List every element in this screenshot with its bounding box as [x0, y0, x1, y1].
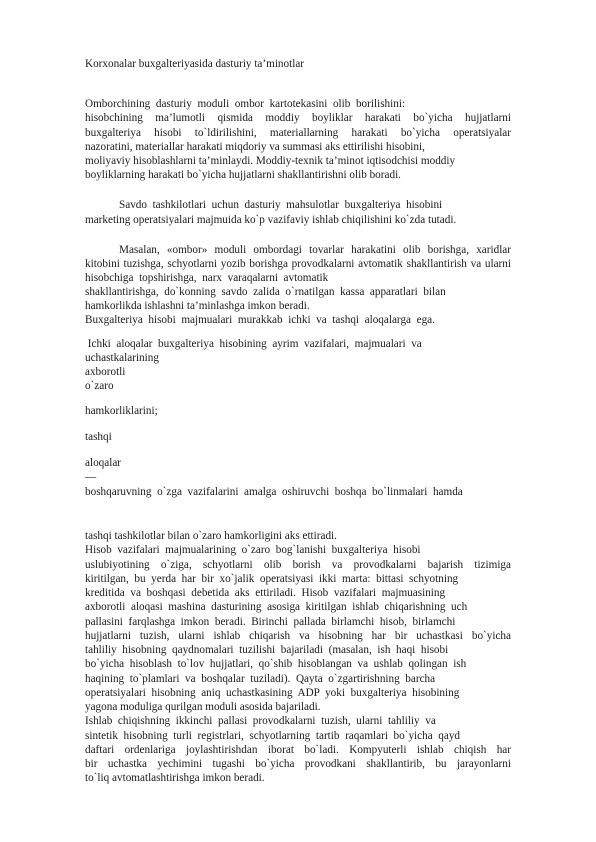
text-line: to`liq avtomatlashtirishga imkon beradi.	[85, 772, 265, 785]
text-line: nazoratini, materiallar harakati miqdori…	[85, 141, 425, 154]
text-line: kiritilgan, bu yerda har bir xo`jalik op…	[85, 573, 458, 586]
text-line: kitobini tuzishga, schyotlarni yozib bor…	[85, 258, 511, 271]
text-line: uchastkalarining	[85, 352, 159, 365]
text-line: operatsiyalari hisobning aniq uchastkasi…	[85, 687, 459, 700]
text-line: Omborchining dasturiy moduli ombor karto…	[85, 98, 405, 111]
text-line: haqining to`plamlari va boshqalar tuzila…	[85, 673, 435, 686]
text-line: Masalan, «ombor» moduli ombordagi tovarl…	[119, 244, 511, 257]
text-line: yagona moduliga qurilgan moduli asosida …	[85, 701, 321, 714]
text-line: Ishlab chiqishning ikkinchi pallasi prov…	[85, 715, 436, 728]
text-line: boyliklarning harakati bo`yicha hujjatla…	[85, 169, 401, 182]
text-line: bir uchastka yechimini tugashi bo`yicha …	[85, 758, 511, 771]
text-line: daftari ordenlariga joylashtirishdan ibo…	[85, 744, 511, 757]
text-line: boshqaruvning o`zga vazifalarini amalga …	[85, 486, 463, 499]
text-line: o`zaro	[85, 380, 114, 393]
text-line: hisobchining ma’lumotli qismida moddiy b…	[85, 112, 511, 125]
text-line: aloqalar	[85, 457, 121, 470]
text-line: pallasini farqlashga imkon beradi. Birin…	[85, 616, 455, 629]
text-line: hisobchiga topshirishga, narx varaqalarn…	[85, 272, 328, 285]
text-line: —	[85, 471, 96, 484]
text-line: axborotli aloqasi mashina dasturining as…	[85, 601, 467, 614]
text-line: tashqi	[85, 431, 112, 444]
text-line: tahliliy hisobning qaydnomalari tuzilish…	[85, 644, 448, 657]
document-page: Korxonalar buxgalteriyasida dasturiy ta’…	[0, 0, 596, 842]
text-line: kreditida va boshqasi debetida aks ettir…	[85, 587, 445, 600]
text-line: hujjatlarni tuzish, ularni ishlab chiqar…	[85, 630, 511, 643]
text-line: marketing operatsiyalari majmuida ko`p v…	[85, 214, 456, 227]
text-line: sintetik hisobning turli registrlari, sc…	[85, 730, 460, 743]
text-line: shakllantirishga, do`konning savdo zalid…	[85, 286, 446, 299]
text-line: bo`yicha hisoblash to`lov hujjatlari, qo…	[85, 658, 466, 671]
text-line: buxgalteriya hisobi to`ldirilishini, mat…	[85, 127, 511, 140]
text-line: Buxgalteriya hisobi majmualari murakkab …	[85, 314, 435, 327]
text-line: uslubiyotining o`ziga, schyotlarni olib …	[85, 559, 511, 572]
text-line: Ichki aloqalar buxgalteriya hisobining a…	[85, 338, 422, 351]
text-line: axborotli	[85, 366, 125, 379]
text-line: moliyaviy hisoblashlarni ta’minlaydi. Mo…	[85, 155, 455, 168]
text-line: Savdo tashkilotlari uchun dasturiy mahsu…	[119, 199, 442, 212]
text-line: hamkorliklarini;	[85, 405, 158, 418]
text-line: tashqi tashkilotlar bilan o`zaro hamkorl…	[85, 530, 337, 543]
document-title: Korxonalar buxgalteriyasida dasturiy ta’…	[85, 58, 304, 71]
text-line: hamkorlikda ishlashni ta’minlashga imkon…	[85, 300, 310, 313]
text-line: Hisob vazifalari majmualarining o`zaro b…	[85, 544, 421, 557]
